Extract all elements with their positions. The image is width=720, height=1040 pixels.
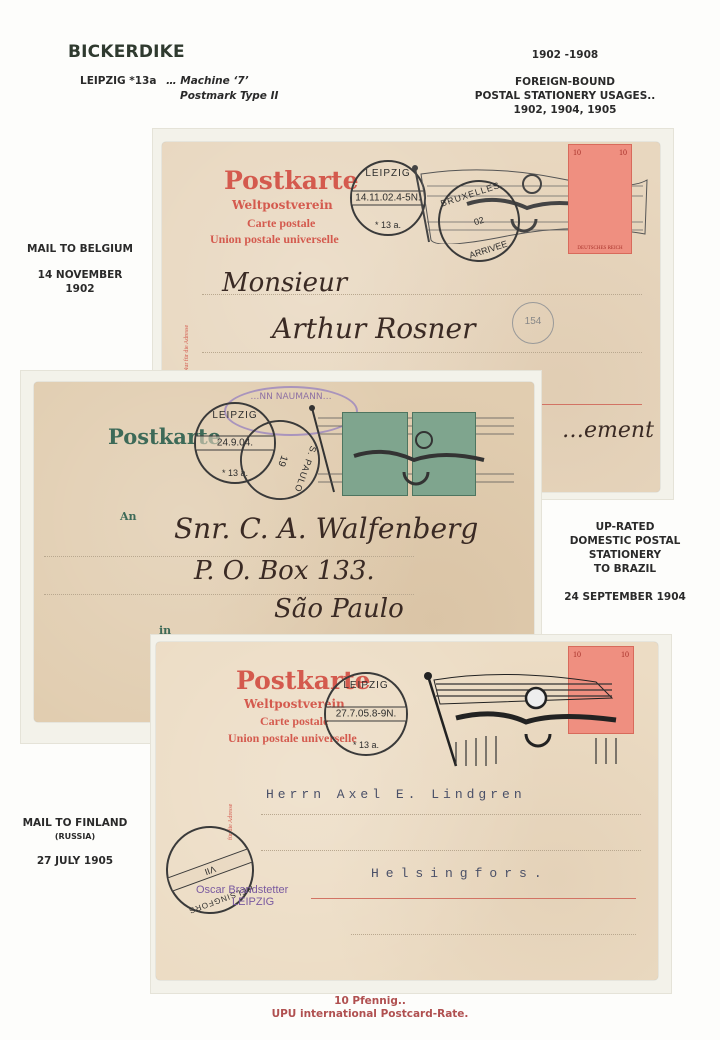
stamp-value: 10	[621, 650, 629, 659]
postmark-date: 27.7.05.8-9N.	[326, 707, 406, 722]
address-baseline	[311, 898, 636, 899]
annotation-finland: MAIL TO FINLAND (RUSSIA) 27 JULY 1905	[0, 816, 150, 868]
card-heading: Postkarte	[224, 166, 359, 195]
flag-cancel-overlay	[334, 416, 534, 496]
footer-line: UPU international Postcard-Rate.	[200, 1008, 540, 1021]
stamp-country: DEUTSCHES REICH	[569, 246, 631, 251]
card-line: Union postale universelle	[210, 232, 339, 247]
subtitle-prefix: LEIPZIG *13a	[80, 75, 156, 87]
annotation-title: MAIL TO FINLAND	[0, 816, 150, 830]
postmark-code: * 13 a.	[326, 740, 406, 750]
address-line: Helsingfors.	[371, 866, 549, 881]
header-subtitle-line2: Postmark Type II	[180, 90, 278, 102]
annotation-date: 1902	[0, 282, 160, 296]
address-line: Herrn Axel E. Lindgren	[266, 787, 526, 802]
address-side-note: Nur für die Adresse	[184, 292, 190, 372]
description-line: 1902, 1904, 1905	[450, 103, 680, 117]
annotation-date: 14 NOVEMBER	[0, 268, 160, 282]
address-line-partial: …ement	[562, 418, 654, 443]
cachet-text: …NN NAUMANN…	[250, 392, 331, 402]
address-line: P. O. Box 133.	[194, 556, 375, 586]
transit-mark: 154	[512, 302, 554, 344]
annotation-line: DOMESTIC POSTAL	[540, 534, 710, 548]
card-line: Carte postale	[260, 714, 328, 729]
postmark-city: LEIPZIG	[196, 410, 274, 421]
annotation-note: (RUSSIA)	[0, 830, 150, 844]
address-rule	[202, 352, 642, 353]
arrival-year: 02	[440, 204, 517, 238]
arrival-label: ARRIVEE	[450, 233, 527, 267]
helsingfors-arrival-mark: HELSINGFORS VII	[156, 814, 266, 927]
annotation-title: MAIL TO BELGIUM	[0, 242, 160, 256]
imprinted-stamp: 10 10 DEUTSCHES REICH	[568, 144, 632, 254]
annotation-line: TO BRAZIL	[540, 562, 710, 576]
stamp-value: 10	[619, 148, 627, 157]
sender-city: LEIPZIG	[232, 896, 288, 908]
address-line: Snr. C. A. Walfenberg	[174, 512, 478, 545]
header-subtitle: LEIPZIG *13a … Machine ‘7’	[80, 75, 249, 87]
annotation-line: STATIONERY	[540, 548, 710, 562]
card-line: Weltpostverein	[232, 198, 333, 212]
footer-note: 10 Pfennig.. UPU international Postcard-…	[200, 995, 540, 1021]
page-title: BICKERDIKE	[68, 42, 185, 62]
leipzig-postmark: LEIPZIG 27.7.05.8-9N. * 13 a.	[324, 672, 408, 756]
annotation-belgium: MAIL TO BELGIUM 14 NOVEMBER 1902	[0, 242, 160, 296]
transit-number: 154	[513, 316, 553, 327]
footer-line: 10 Pfennig..	[200, 995, 540, 1008]
subtitle-machine: … Machine ‘7’	[166, 75, 249, 87]
postcard-finland: Postkarte Weltpostverein Carte postale U…	[156, 642, 658, 980]
header-description: FOREIGN-BOUND POSTAL STATIONERY USAGES..…	[450, 75, 680, 117]
annotation-date: 24 SEPTEMBER 1904	[540, 590, 710, 604]
card-line: Carte postale	[247, 216, 315, 231]
sender-name: Oscar Brandstetter	[196, 884, 288, 896]
stamp-value: 10	[573, 148, 581, 157]
address-rule	[351, 934, 636, 935]
sender-cachet: Oscar Brandstetter LEIPZIG	[196, 884, 288, 908]
description-line: FOREIGN-BOUND	[450, 75, 680, 89]
stamp-value: 10	[573, 650, 581, 659]
to-label: An	[120, 510, 137, 523]
annotation-line: UP-RATED	[540, 520, 710, 534]
address-line: São Paulo	[274, 594, 404, 624]
header-period: 1902 -1908	[450, 48, 680, 62]
postmark-city: LEIPZIG	[326, 680, 406, 691]
description-line: POSTAL STATIONERY USAGES..	[450, 89, 680, 103]
annotation-brazil: UP-RATED DOMESTIC POSTAL STATIONERY TO B…	[540, 520, 710, 604]
address-rule	[261, 850, 641, 851]
flag-machine-cancel	[416, 668, 656, 768]
address-rule	[261, 814, 641, 815]
address-rule	[202, 294, 642, 295]
address-line: Arthur Rosner	[272, 312, 476, 345]
annotation-date: 27 JULY 1905	[0, 854, 150, 868]
